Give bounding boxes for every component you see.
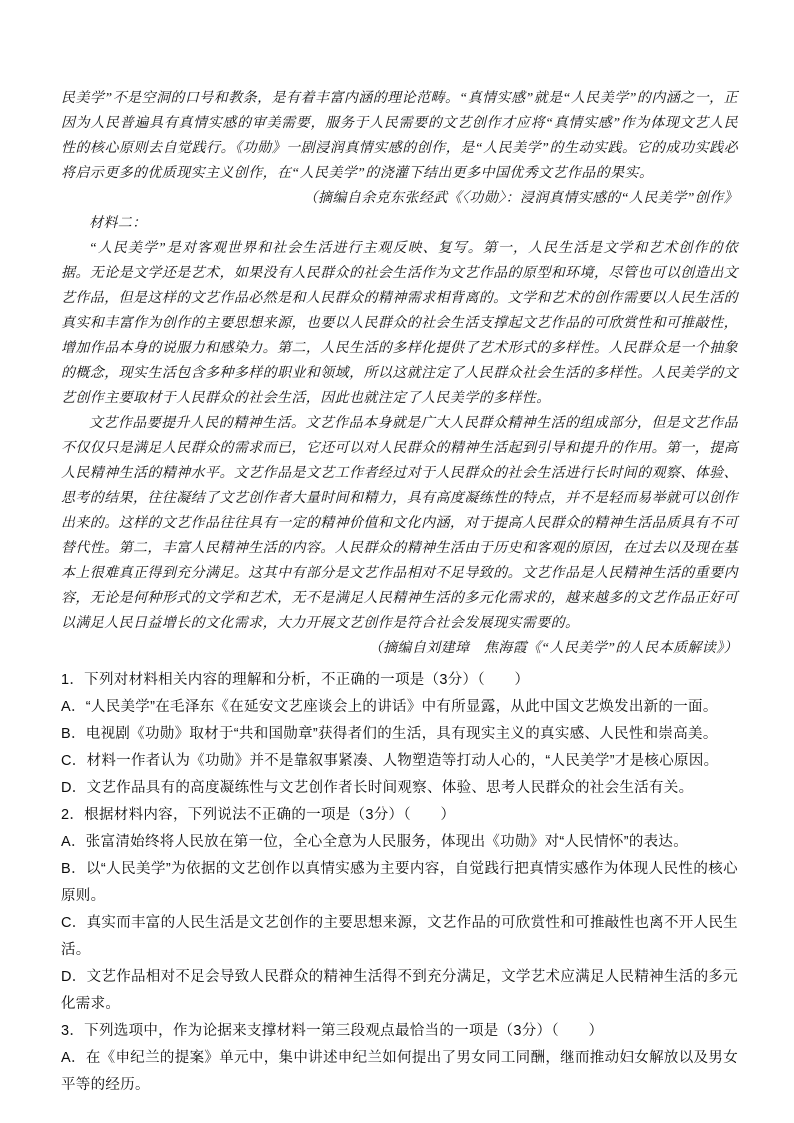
question-1-stem: 1．下列对材料相关内容的理解和分析，不正确的一项是（3分）（ ） [61,667,738,694]
question-2-option-c: C．真实而丰富的人民生活是文艺创作的主要思想来源，文艺作品的可欣赏性和可推敲性也… [61,910,738,964]
material-two-paragraph-2: 文艺作品要提升人民的精神生活。文艺作品本身就是广大人民群众精神生活的组成部分，但… [61,411,738,636]
exam-page: 民美学”不是空洞的口号和教条，是有着丰富内涵的理论范畴。“真情实感”就是“人民美… [0,0,794,1123]
questions-section: 1．下列对材料相关内容的理解和分析，不正确的一项是（3分）（ ） A．“人民美学… [61,667,738,1099]
question-1-option-b: B．电视剧《功勋》取材于“共和国勋章”获得者们的生活，具有现实主义的真实感、人民… [61,721,738,748]
question-2-stem: 2．根据材料内容，下列说法不正确的一项是（3分）（ ） [61,802,738,829]
material-one-continuation-paragraph: 民美学”不是空洞的口号和教条，是有着丰富内涵的理论范畴。“真情实感”就是“人民美… [61,86,738,186]
question-3-stem: 3．下列选项中，作为论据来支撑材料一第三段观点最恰当的一项是（3分）（ ） [61,1018,738,1045]
question-2-option-d: D．文艺作品相对不足会导致人民群众的精神生活得不到充分满足，文学艺术应满足人民精… [61,964,738,1018]
material-two-paragraph-1: “人民美学”是对客观世界和社会生活进行主观反映、复写。第一，人民生活是文学和艺术… [61,236,738,411]
question-2-option-a: A．张富清始终将人民放在第一位，全心全意为人民服务，体现出《功勋》对“人民情怀”… [61,829,738,856]
material-two-heading: 材料二： [61,211,738,236]
question-2-option-b: B．以“人民美学”为依据的文艺创作以真情实感为主要内容，自觉践行把真情实感作为体… [61,856,738,910]
question-1-option-c: C．材料一作者认为《功勋》并不是靠叙事紧凑、人物塑造等打动人心的，“人民美学”才… [61,748,738,775]
question-1-option-d: D．文艺作品具有的高度凝练性与文艺创作者长时间观察、体验、思考人民群众的社会生活… [61,775,738,802]
question-3-option-a: A．在《申纪兰的提案》单元中，集中讲述申纪兰如何提出了男女同工同酬，继而推动妇女… [61,1045,738,1099]
material-two-citation: （摘编自刘建璋 焦海霞《“人民美学”的人民本质解读》） [61,636,738,661]
question-1-option-a: A．“人民美学”在毛泽东《在延安文艺座谈会上的讲话》中有所显露，从此中国文艺焕发… [61,694,738,721]
material-one-citation: （摘编自余克东张经武《〈功勋〉：浸润真情实感的“人民美学”创作》 [61,186,738,211]
